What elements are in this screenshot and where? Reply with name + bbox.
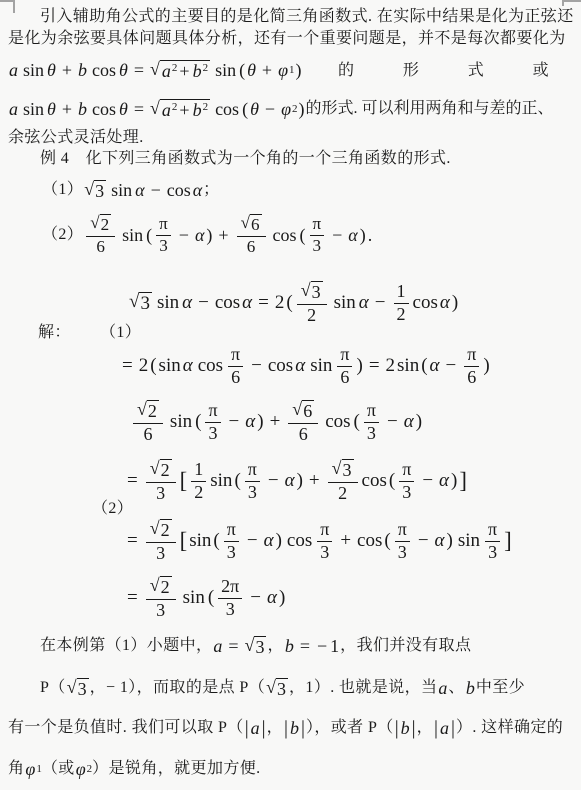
numerator: π (156, 215, 171, 236)
abs-bar: | (301, 717, 305, 740)
radicand: a2+b2 (160, 99, 210, 120)
sqrt-sign: √ (129, 292, 139, 312)
denominator: 6 (96, 237, 105, 257)
fn-sin: sin (189, 530, 211, 552)
op-minus: − (247, 530, 258, 552)
fraction: √23 (146, 576, 176, 621)
paren-close: ) (451, 470, 457, 492)
paren-close: ) (356, 355, 362, 377)
fn-sin: sin (215, 60, 236, 81)
fn-sin: sin (334, 292, 356, 314)
fn-sin: sin (23, 60, 44, 81)
var-theta: θ (250, 99, 259, 120)
word-huo: 或 (533, 60, 549, 82)
fraction: π3 (317, 520, 332, 563)
var-alpha: α (439, 470, 449, 492)
numerator: π (205, 401, 220, 423)
fn-cos: cos (92, 60, 116, 81)
radicand: 2 (160, 459, 172, 480)
fn-cos: cos (287, 530, 312, 552)
op-minus: − (229, 411, 240, 433)
sqrt-sign: √ (150, 519, 160, 538)
var-b: b (78, 60, 87, 81)
var-a: a (438, 678, 447, 699)
sqrt: √3 (129, 292, 152, 314)
fraction: √26 (86, 214, 115, 257)
fn-sin: sin (458, 530, 480, 552)
var-a: a (251, 718, 260, 739)
exponent-2: 2 (203, 101, 209, 113)
paren-close: ) (296, 60, 302, 81)
fn-sin: sin (183, 587, 205, 609)
fraction: 2π3 (218, 577, 242, 620)
sqrt-sign: √ (150, 60, 160, 79)
denominator: 3 (398, 542, 407, 563)
paren-open: ( (286, 292, 292, 314)
op-plus: + (62, 99, 72, 120)
fn-sin: sin (310, 355, 332, 377)
denominator: 6 (247, 237, 256, 257)
radicand: 3 (94, 180, 106, 201)
op-minus: − (198, 292, 209, 314)
denominator: 6 (340, 367, 349, 388)
fn-cos: cos (273, 225, 297, 246)
fraction: π3 (224, 520, 239, 563)
denominator: 2 (338, 483, 347, 504)
fraction: √66 (237, 214, 266, 257)
solution-eq3: √26 sin(π3−α) + √66 cos(π3−α) (130, 398, 423, 446)
numerator: √2 (146, 576, 176, 600)
radicand: 3 (342, 459, 354, 480)
fraction: 12 (191, 460, 206, 503)
numerator: √3 (297, 281, 327, 305)
denominator: 3 (313, 236, 322, 256)
numerator: √2 (133, 400, 163, 424)
text-run: 、 (448, 677, 464, 699)
sqrt: √6 (241, 214, 262, 234)
solution-label-jie: 解： (38, 322, 71, 344)
text-run: ， (267, 717, 283, 739)
text-run: ， (417, 717, 433, 739)
op-plus: + (340, 530, 351, 552)
paren-close: ) (279, 587, 285, 609)
fraction: π6 (464, 345, 479, 388)
punctuation-semicolon: ； (203, 179, 219, 201)
var-b: b (285, 636, 294, 657)
denominator: 3 (248, 482, 257, 503)
numerator: π (310, 215, 325, 236)
numerator: π (317, 520, 332, 542)
numerator: √6 (237, 214, 266, 237)
fn-sin: sin (111, 180, 132, 201)
op-minus: − (268, 470, 279, 492)
op-plus: + (309, 470, 320, 492)
sqrt: √3 (67, 678, 89, 699)
paren-open: ( (389, 470, 395, 492)
paren-close: ) (276, 530, 282, 552)
paren-open: ( (195, 411, 201, 433)
numerator: √6 (288, 400, 318, 424)
var-phi: φ (25, 759, 35, 780)
op-minus: − (418, 530, 429, 552)
denominator: 3 (488, 542, 497, 563)
paren-open: ( (213, 530, 219, 552)
var-alpha: α (359, 292, 369, 314)
op-plus: + (179, 61, 189, 81)
subscript-1: 1 (289, 64, 295, 76)
op-plus: + (62, 60, 72, 81)
fraction: π6 (228, 345, 243, 388)
fraction: √26 (133, 400, 163, 445)
spread-words: 的 形 式 或 (338, 60, 549, 82)
fn-cos: cos (167, 180, 191, 201)
formula-sine-form: asinθ + bcosθ = √a2+b2 sin(θ+φ1) (8, 53, 303, 87)
numerator: π (364, 401, 379, 423)
numerator: π (399, 460, 414, 482)
var-b: b (193, 61, 202, 81)
abs-bar: | (245, 717, 249, 740)
subscript-2: 2 (292, 103, 298, 115)
fraction: π3 (205, 401, 220, 444)
fn-cos: cos (357, 530, 382, 552)
text-run: 有一个是负值时. 我们可以取 P（ (8, 717, 244, 739)
op-minus: − (265, 99, 275, 120)
radicand: 3 (276, 678, 288, 699)
sqrt-sign: √ (137, 400, 147, 419)
abs-bar: | (284, 717, 288, 740)
word-de: 的 (338, 60, 354, 82)
denominator: 3 (367, 423, 376, 444)
var-alpha: α (264, 530, 274, 552)
item-number: （2） (42, 224, 83, 246)
op-minus: − (179, 225, 189, 246)
fraction: √32 (328, 459, 358, 504)
fraction: √66 (288, 400, 318, 445)
document-page: { "page": { "background": "#f8f8f7", "te… (0, 0, 581, 790)
denominator: 6 (231, 367, 240, 388)
op-minus: − (446, 355, 457, 377)
sqrt: √3 (245, 636, 267, 657)
paren-open: ( (234, 470, 240, 492)
bracket-close: ] (459, 468, 467, 494)
num-1: 1 (330, 636, 339, 657)
paren-close: ) (416, 411, 422, 433)
word-xing: 形 (403, 60, 419, 82)
op-minus: − (332, 225, 342, 246)
radicand: a2+b2 (160, 60, 210, 81)
abs-bar: | (451, 717, 455, 740)
fraction: π3 (245, 460, 260, 503)
op-minus: − (387, 411, 398, 433)
text-run: ， (267, 635, 283, 657)
text-run: 的形式. 可以利用两角和与差的正、 (306, 98, 554, 120)
text-run: ，我们并没有取点 (340, 635, 471, 657)
op-minus: − (422, 470, 433, 492)
var-b: b (290, 718, 299, 739)
var-a: a (440, 718, 449, 739)
var-a: a (213, 636, 222, 657)
numerator: 2π (218, 577, 242, 599)
text-run: （或 (42, 758, 75, 780)
text-run: ）. 这样确定的 (456, 717, 563, 739)
op-equals: = (127, 470, 138, 492)
var-alpha: α (193, 180, 202, 201)
sqrt-sign: √ (241, 214, 250, 232)
sqrt-sign: √ (332, 459, 342, 478)
sqrt-sign: √ (266, 678, 276, 697)
fraction: 12 (394, 282, 409, 325)
op-minus: − (251, 355, 262, 377)
var-alpha: α (430, 355, 440, 377)
fraction: π6 (337, 345, 352, 388)
num-2: 2 (386, 355, 396, 377)
fn-sin: sin (157, 292, 179, 314)
numerator: π (224, 520, 239, 542)
op-equals: = (127, 587, 138, 609)
sqrt-sign: √ (84, 180, 94, 199)
sqrt: √2 (150, 459, 172, 480)
fraction: π3 (310, 215, 325, 256)
denominator: 6 (467, 367, 476, 388)
op-equals: = (127, 530, 138, 552)
denominator: 6 (143, 424, 152, 445)
denominator: 2 (307, 305, 316, 326)
fraction: √32 (297, 281, 327, 326)
text-run: P（ (40, 677, 66, 699)
radicand: 2 (160, 519, 172, 540)
sqrt-sign: √ (67, 678, 77, 697)
var-b: b (466, 678, 475, 699)
fraction: √23 (146, 459, 176, 504)
fn-sin: sin (210, 470, 232, 492)
paren-open: ( (239, 60, 245, 81)
paren-close: ) (483, 355, 489, 377)
op-plus: + (270, 411, 281, 433)
fn-cos: cos (362, 470, 387, 492)
paren-open: ( (300, 225, 306, 246)
paren-open: ( (384, 530, 390, 552)
numerator: √2 (146, 519, 176, 543)
op-equals: = (369, 355, 380, 377)
numerator: π (337, 345, 352, 367)
op-equals: = (134, 99, 144, 120)
denominator: 6 (299, 424, 308, 445)
fn-sin: sin (159, 355, 181, 377)
punctuation-period: . (368, 225, 373, 246)
op-plus: + (262, 60, 272, 81)
bracket-open: [ (180, 468, 188, 494)
denominator: 3 (208, 423, 217, 444)
intro-line-2: 是化为余弦要具体问题具体分析，还有一个重要问题是，并不是每次都要化为 (8, 28, 566, 50)
fn-cos: cos (198, 355, 223, 377)
sqrt: √3 (332, 459, 354, 480)
fn-cos: cos (268, 355, 293, 377)
var-alpha: α (195, 225, 204, 246)
fn-cos: cos (215, 99, 239, 120)
paren-open: ( (208, 587, 214, 609)
numerator: 1 (394, 282, 409, 304)
denominator: 3 (156, 600, 165, 621)
var-theta: θ (47, 99, 56, 120)
var-alpha: α (242, 292, 252, 314)
sqrt: √2 (150, 576, 172, 597)
fn-sin: sin (23, 99, 44, 120)
formula-cosine-form: asinθ + bcosθ = √a2+b2 cos(θ−φ2) 的形式. 可以… (8, 92, 554, 126)
abs-bar: | (395, 717, 399, 740)
paren-close: ) (297, 470, 303, 492)
numerator: π (464, 345, 479, 367)
problem-item-2: （2） √26 sin(π3−α) + √66 cos(π3−α) . (42, 212, 373, 258)
op-plus: + (179, 100, 189, 120)
var-theta: θ (247, 60, 256, 81)
numerator: √2 (86, 214, 115, 237)
fn-sin: sin (170, 411, 192, 433)
abs-bar: | (434, 717, 438, 740)
fraction: π3 (485, 520, 500, 563)
exponent-2: 2 (172, 62, 178, 74)
var-alpha: α (245, 411, 255, 433)
var-alpha: α (404, 411, 414, 433)
sqrt-sign: √ (245, 636, 255, 655)
sqrt: √a2+b2 (150, 99, 210, 120)
sqrt: √3 (301, 281, 323, 302)
sqrt: √2 (90, 214, 111, 234)
denominator: 3 (320, 542, 329, 563)
solution-eq5: = √23 [ sin(π3−α) cosπ3 + cos(π3−α) sinπ… (122, 514, 513, 568)
intro-line-1: 引入辅助角公式的主要目的是化简三角函数式. 在实际中结果是化为正弦还 (40, 6, 574, 28)
radicand: 3 (77, 678, 89, 699)
denominator: 3 (402, 482, 411, 503)
sqrt: √2 (137, 400, 159, 421)
var-b: b (401, 718, 410, 739)
num-2: 2 (275, 292, 285, 314)
paren-open: ( (354, 411, 360, 433)
op-minus: − (151, 180, 161, 201)
fn-sin: sin (397, 355, 419, 377)
var-a: a (162, 100, 171, 120)
text-run: ，− 1），而取的是点 P（ (90, 677, 266, 699)
sqrt: √3 (84, 180, 106, 201)
exponent-2: 2 (203, 62, 209, 74)
var-phi: φ (281, 99, 291, 120)
abs-bar: | (412, 717, 416, 740)
radicand: 3 (254, 636, 266, 657)
denominator: 2 (194, 482, 203, 503)
numerator: √3 (328, 459, 358, 483)
var-a: a (9, 99, 18, 120)
denominator: 3 (226, 599, 235, 620)
text-run: ，1）. 也就是说，当 (289, 677, 437, 699)
border-fragment-topleft-vertical (13, 0, 15, 13)
numerator: π (245, 460, 260, 482)
var-b: b (193, 100, 202, 120)
radicand: 6 (302, 400, 314, 421)
sqrt: √6 (292, 400, 314, 421)
var-b: b (78, 99, 87, 120)
op-minus: − (375, 292, 386, 314)
border-fragment-topleft-horizontal (0, 0, 14, 2)
paren-close: ) (206, 225, 212, 246)
paren-close: ) (447, 530, 453, 552)
var-theta: θ (119, 60, 128, 81)
fn-cos: cos (325, 411, 350, 433)
sqrt-sign: √ (292, 400, 302, 419)
denominator: 2 (397, 304, 406, 325)
sqrt-sign: √ (150, 576, 160, 595)
sqrt-sign: √ (150, 99, 160, 118)
denominator: 3 (227, 542, 236, 563)
solution-eq6: = √23 sin(2π3−α) (122, 574, 286, 622)
bracket-open: [ (180, 528, 188, 554)
radicand: 3 (139, 292, 152, 314)
intro-line-5: 余弦公式灵活处理. (8, 127, 144, 149)
paren-close: ) (452, 292, 458, 314)
denominator: 3 (156, 483, 165, 504)
closing-line-4: 角 φ1 （或 φ2 ）是锐角，就更加方便. (8, 752, 261, 786)
var-a: a (9, 60, 18, 81)
var-alpha: α (135, 180, 144, 201)
fraction: π3 (156, 215, 171, 256)
fn-cos: cos (92, 99, 116, 120)
exponent-2: 2 (172, 101, 178, 113)
border-fragment-topright-horizontal (562, 0, 581, 2)
radicand: 2 (100, 214, 112, 234)
text-run: ），或者 P（ (306, 717, 394, 739)
var-alpha: α (285, 470, 295, 492)
radicand: 3 (311, 281, 323, 302)
closing-line-2: P（ √3 ，− 1），而取的是点 P（ √3 ，1）. 也就是说，当 a 、 … (40, 668, 525, 708)
var-theta: θ (119, 99, 128, 120)
paren-close: ) (299, 99, 305, 120)
var-phi: φ (76, 759, 86, 780)
fraction: π3 (395, 520, 410, 563)
var-alpha: α (348, 225, 357, 246)
radicand: 6 (250, 214, 262, 234)
problem-item-1: （1） √3 sinα − cosα ； (42, 174, 220, 206)
op-minus: − (317, 636, 327, 657)
op-equals: = (228, 636, 238, 657)
example-heading: 例 4 化下列三角函数式为一个角的一个三角函数的形式. (40, 148, 451, 170)
op-minus: − (250, 587, 261, 609)
solution-eq4: = √23 [ 12 sin(π3−α) + √32 cos(π3−α) ] (122, 454, 468, 508)
paren-close: ) (257, 411, 263, 433)
sqrt-sign: √ (301, 281, 311, 300)
solution-eq1: √3 sinα − cosα = 2( √32 sinα − 12 cosα) (128, 278, 459, 328)
op-equals: = (122, 355, 133, 377)
text-run: 在本例第（1）小题中， (40, 635, 212, 657)
fraction: π3 (399, 460, 414, 503)
bracket-close: ] (504, 528, 512, 554)
paren-open: ( (150, 355, 156, 377)
sqrt: √2 (150, 519, 172, 540)
numerator: π (395, 520, 410, 542)
var-a: a (162, 61, 171, 81)
sqrt-sign: √ (90, 214, 99, 232)
fn-sin: sin (122, 225, 143, 246)
op-plus: + (218, 225, 228, 246)
op-equals: = (258, 292, 269, 314)
text-run: ）是锐角，就更加方便. (92, 758, 260, 780)
paren-open: ( (421, 355, 427, 377)
fn-cos: cos (413, 292, 438, 314)
paren-close: ) (360, 225, 366, 246)
var-alpha: α (295, 355, 305, 377)
text-run: 角 (8, 758, 24, 780)
fraction: √23 (146, 519, 176, 564)
paren-open: ( (242, 99, 248, 120)
numerator: π (228, 345, 243, 367)
fn-cos: cos (215, 292, 240, 314)
